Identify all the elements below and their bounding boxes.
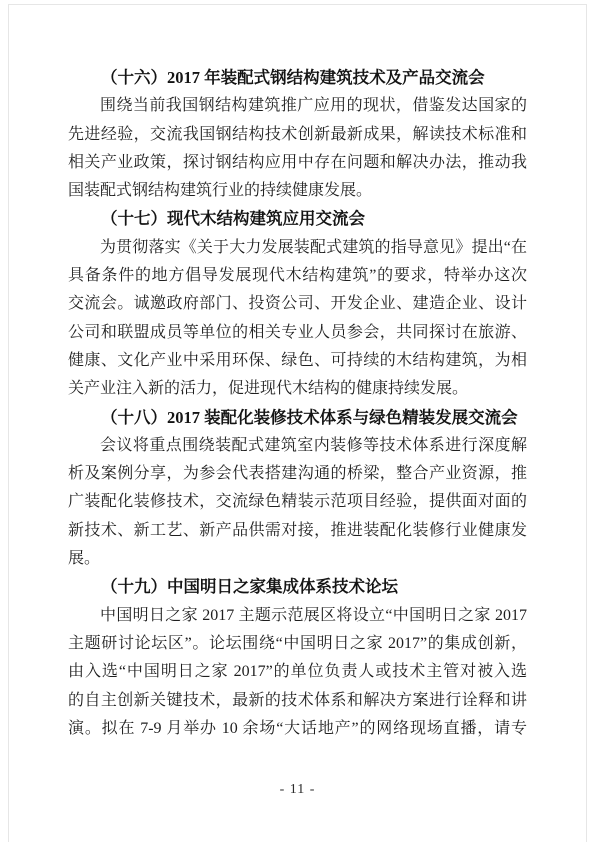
section-17-line: 交流会。诚邀政府部门、投资公司、开发企业、建造企业、设计: [68, 290, 527, 318]
section-18: （十八）2017 装配化装修技术体系与绿色精装发展交流会 会议将重点围绕装配式建…: [68, 404, 527, 574]
section-17-line: 关产业注入新的活力，促进现代木结构的健康持续发展。: [68, 375, 527, 403]
page-number: - 11 -: [0, 782, 595, 798]
section-16-line: 先进经验，交流我国钢结构技术创新最新成果，解读技术标准和: [68, 121, 527, 149]
section-19: （十九）中国明日之家集成体系技术论坛 中国明日之家 2017 主题示范展区将设立…: [68, 573, 527, 743]
section-18-heading: （十八）2017 装配化装修技术体系与绿色精装发展交流会: [68, 404, 527, 432]
section-16-line: 围绕当前我国钢结构建筑推广应用的现状，借鉴发达国家的: [68, 92, 527, 120]
section-16-heading: （十六）2017 年装配式钢结构建筑技术及产品交流会: [68, 64, 527, 92]
section-19-line: 主题研讨论坛区”。论坛围绕“中国明日之家 2017”的集成创新，: [68, 630, 527, 658]
document-page: （十六）2017 年装配式钢结构建筑技术及产品交流会 围绕当前我国钢结构建筑推广…: [0, 0, 595, 842]
section-16-line: 国装配式钢结构建筑行业的持续健康发展。: [68, 177, 527, 205]
section-17-line: 具备条件的地方倡导发展现代木结构建筑”的要求，特举办这次: [68, 262, 527, 290]
section-17: （十七）现代木结构建筑应用交流会 为贯彻落实《关于大力发展装配式建筑的指导意见》…: [68, 205, 527, 403]
section-18-line: 广装配化装修技术，交流绿色精装示范项目经验，提供面对面的: [68, 488, 527, 516]
section-17-line: 为贯彻落实《关于大力发展装配式建筑的指导意见》提出“在: [68, 234, 527, 262]
section-17-line: 健康、文化产业中采用环保、绿色、可持续的木结构建筑，为相: [68, 347, 527, 375]
section-16: （十六）2017 年装配式钢结构建筑技术及产品交流会 围绕当前我国钢结构建筑推广…: [68, 64, 527, 205]
section-19-line: 由入选“中国明日之家 2017”的单位负责人或技术主管对被入选: [68, 658, 527, 686]
section-19-heading: （十九）中国明日之家集成体系技术论坛: [68, 573, 527, 601]
section-18-line: 展。: [68, 545, 527, 573]
document-content: （十六）2017 年装配式钢结构建筑技术及产品交流会 围绕当前我国钢结构建筑推广…: [68, 64, 527, 743]
section-19-line: 的自主创新关键技术，最新的技术体系和解决方案进行诠释和讲: [68, 687, 527, 715]
section-19-line: 中国明日之家 2017 主题示范展区将设立“中国明日之家 2017: [68, 602, 527, 630]
section-19-line: 演。拟在 7-9 月举办 10 余场“大话地产”的网络现场直播，请专: [68, 715, 527, 743]
section-17-line: 公司和联盟成员等单位的相关专业人员参会，共同探讨在旅游、: [68, 319, 527, 347]
section-16-line: 相关产业政策，探讨钢结构应用中存在问题和解决办法，推动我: [68, 149, 527, 177]
section-18-line: 新技术、新工艺、新产品供需对接，推进装配化装修行业健康发: [68, 517, 527, 545]
section-18-line: 析及案例分享，为参会代表搭建沟通的桥梁，整合产业资源，推: [68, 460, 527, 488]
section-18-line: 会议将重点围绕装配式建筑室内装修等技术体系进行深度解: [68, 432, 527, 460]
section-17-heading: （十七）现代木结构建筑应用交流会: [68, 205, 527, 233]
